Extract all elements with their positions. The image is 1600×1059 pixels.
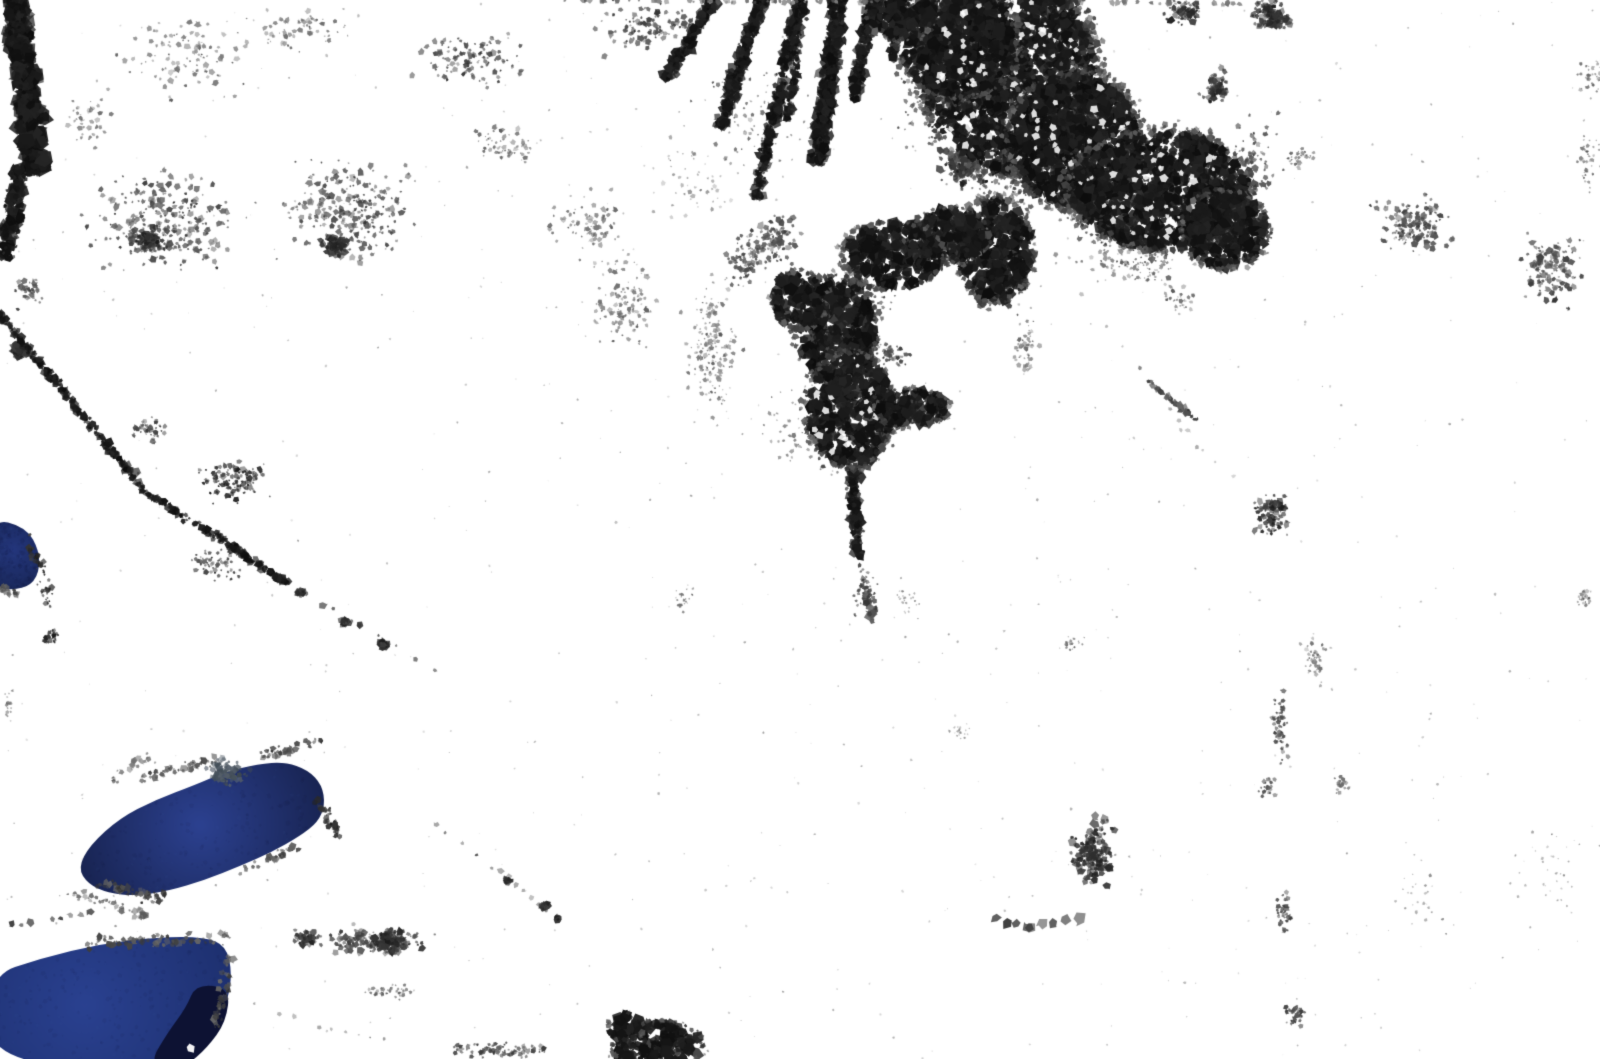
- artwork-frame: [0, 0, 1600, 1059]
- artwork-canvas: [0, 0, 1600, 1059]
- abstract-artwork: [0, 0, 1600, 1059]
